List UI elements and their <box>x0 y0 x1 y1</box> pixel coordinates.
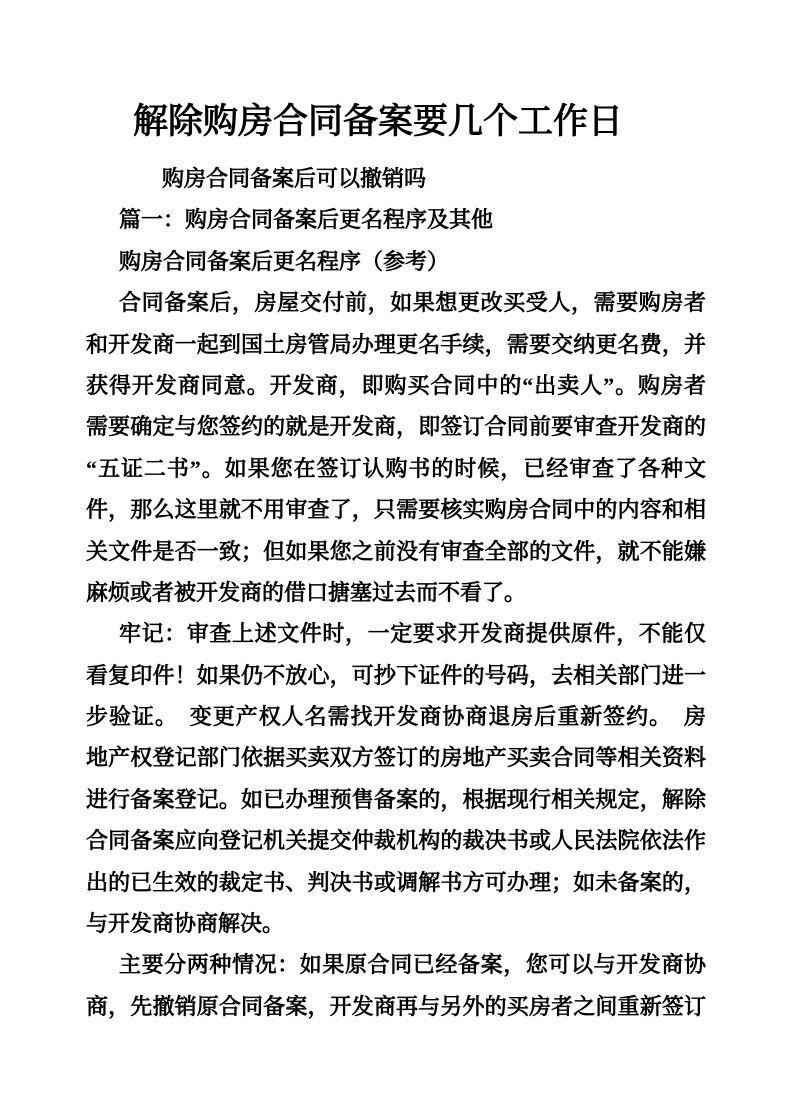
paragraph-line: 和开发商一起到国土房管局办理更名手续，需要交纳更名费，并 <box>86 324 706 365</box>
paragraph-line: 与开发商协商解决。 <box>86 903 706 944</box>
paragraph-line: 需要确定与您签约的就是开发商，即签订合同前要审查开发商的 <box>86 406 706 447</box>
paragraph-line: 步验证。 变更产权人名需找开发商协商退房后重新签约。 房 <box>86 696 706 737</box>
paragraph-line: 获得开发商同意。开发商，即购买合同中的“出卖人”。购房者 <box>86 365 706 406</box>
paragraph-line: 件，那么这里就不用审查了，只需要核实购房合同中的内容和相 <box>86 489 706 530</box>
paragraph-line: 地产权登记部门依据买卖双方签订的房地产买卖合同等相关资料 <box>86 737 706 778</box>
paragraph-line: 麻烦或者被开发商的借口搪塞过去而不看了。 <box>86 572 706 613</box>
paragraph-line: 商，先撤销原合同备案，开发商再与另外的买房者之间重新签订 <box>86 986 706 1027</box>
section-heading: 篇一：购房合同备案后更名程序及其他 <box>86 199 706 240</box>
paragraph-line: 出的已生效的裁定书、判决书或调解书方可办理；如未备案的， <box>86 862 706 903</box>
paragraph-line: 关文件是否一致；但如果您之前没有审查全部的文件，就不能嫌 <box>86 531 706 572</box>
document-lines: 购房合同备案后可以撤销吗篇一：购房合同备案后更名程序及其他购房合同备案后更名程序… <box>86 158 706 1027</box>
subtitle: 购房合同备案后可以撤销吗 <box>86 158 706 199</box>
paragraph-line: 合同备案应向登记机关提交仲裁机构的裁决书或人民法院依法作 <box>86 820 706 861</box>
paragraph-line: 进行备案登记。如已办理预售备案的，根据现行相关规定，解除 <box>86 779 706 820</box>
paragraph-line: 牢记：审查上述文件时，一定要求开发商提供原件，不能仅 <box>86 613 706 654</box>
paragraph-line: “五证二书”。如果您在签订认购书的时候，已经审查了各种文 <box>86 448 706 489</box>
paragraph-line: 主要分两种情况：如果原合同已经备案，您可以与开发商协 <box>86 944 706 985</box>
paragraph-line: 看复印件！如果仍不放心，可抄下证件的号码，去相关部门进一 <box>86 655 706 696</box>
document-page: 解除购房合同备案要几个工作日 购房合同备案后可以撤销吗篇一：购房合同备案后更名程… <box>0 0 792 1120</box>
paragraph-line: 合同备案后，房屋交付前，如果想更改买受人，需要购房者 <box>86 282 706 323</box>
document-title: 解除购房合同备案要几个工作日 <box>86 0 706 144</box>
section-heading: 购房合同备案后更名程序（参考） <box>86 241 706 282</box>
